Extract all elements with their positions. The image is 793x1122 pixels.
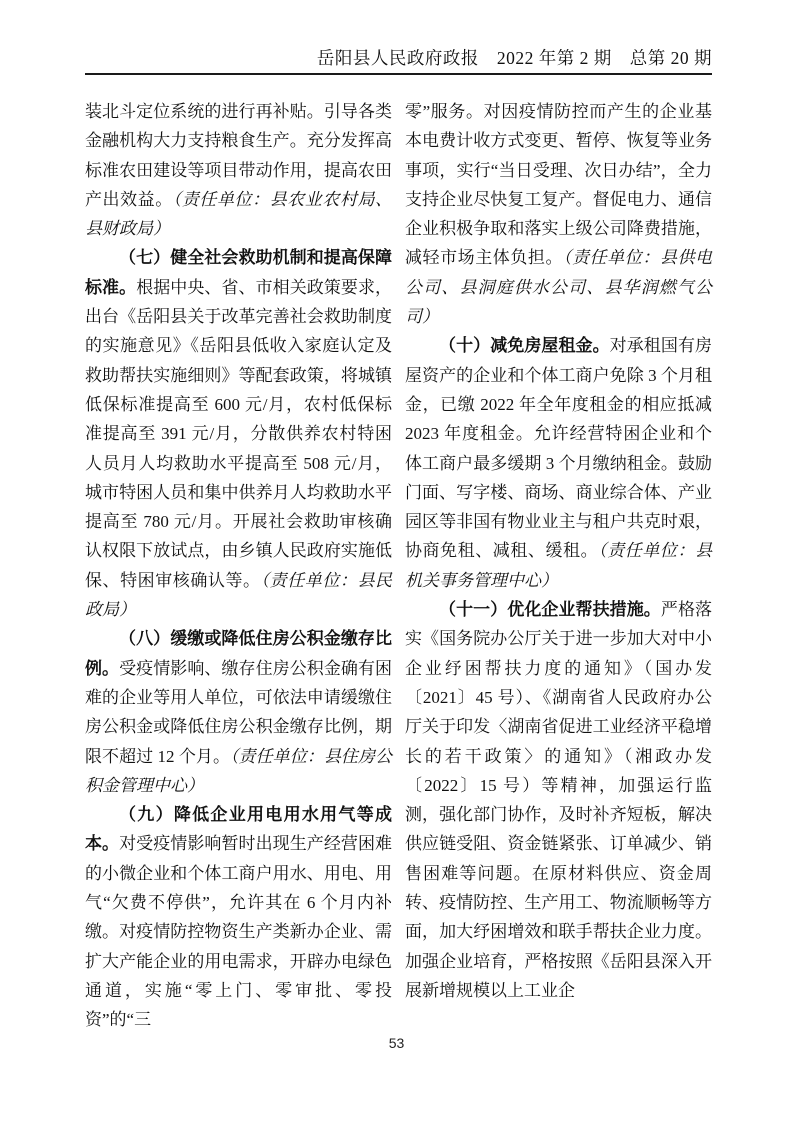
paragraph: 装北斗定位系统的进行再补贴。引导各类金融机构大力支持粮食生产。充分发挥高标准农田… xyxy=(85,97,392,243)
paragraph: （十）减免房屋租金。对承租国有房屋资产的企业和个体工商户免除 3 个月租金，已缴… xyxy=(405,331,712,595)
paragraph-text: 零”服务。对因疫情防控而产生的企业基本电费计收方式变更、暂停、恢复等业务事项，实… xyxy=(405,102,712,267)
page-header: 岳阳县人民政府政报 2022 年第 2 期 总第 20 期 xyxy=(85,48,712,75)
paragraph-heading: （十）减免房屋租金。 xyxy=(439,336,610,355)
paragraph: （八）缓缴或降低住房公积金缴存比例。受疫情影响、缴存住房公积金确有困难的企业等用… xyxy=(85,624,392,800)
page-number: 53 xyxy=(389,1035,405,1051)
left-column: 装北斗定位系统的进行再补贴。引导各类金融机构大力支持粮食生产。充分发挥高标准农田… xyxy=(85,97,392,1035)
paragraph: （九）降低企业用电用水用气等成本。对受疫情影响暂时出现生产经营困难的小微企业和个… xyxy=(85,800,392,1034)
gazette-header-text: 岳阳县人民政府政报 2022 年第 2 期 总第 20 期 xyxy=(317,48,712,68)
right-column: 零”服务。对因疫情防控而产生的企业基本电费计收方式变更、暂停、恢复等业务事项，实… xyxy=(405,97,712,1035)
paragraph: 零”服务。对因疫情防控而产生的企业基本电费计收方式变更、暂停、恢复等业务事项，实… xyxy=(405,97,712,331)
paragraph: （七）健全社会救助机制和提高保障标准。根据中央、省、市相关政策要求，出台《岳阳县… xyxy=(85,243,392,624)
paragraph-text: 对承租国有房屋资产的企业和个体工商户免除 3 个月租金，已缴 2022 年全年度… xyxy=(405,336,712,560)
gazette-page: 岳阳县人民政府政报 2022 年第 2 期 总第 20 期 装北斗定位系统的进行… xyxy=(0,0,793,1122)
paragraph-text: 严格落实《国务院办公厅关于进一步加大对中小企业纾困帮扶力度的通知》（国办发〔20… xyxy=(405,600,712,1000)
paragraph-heading: （十一）优化企业帮扶措施。 xyxy=(439,600,661,619)
paragraph-text: 对受疫情影响暂时出现生产经营困难的小微企业和个体工商户用水、用电、用气“欠费不停… xyxy=(85,834,392,1029)
document-body: 装北斗定位系统的进行再补贴。引导各类金融机构大力支持粮食生产。充分发挥高标准农田… xyxy=(85,97,712,1035)
paragraph-text: 根据中央、省、市相关政策要求，出台《岳阳县关于改革完善社会救助制度的实施意见》《… xyxy=(85,278,392,590)
page-footer: 53 xyxy=(0,1035,793,1051)
paragraph: （十一）优化企业帮扶措施。严格落实《国务院办公厅关于进一步加大对中小企业纾困帮扶… xyxy=(405,595,712,1005)
